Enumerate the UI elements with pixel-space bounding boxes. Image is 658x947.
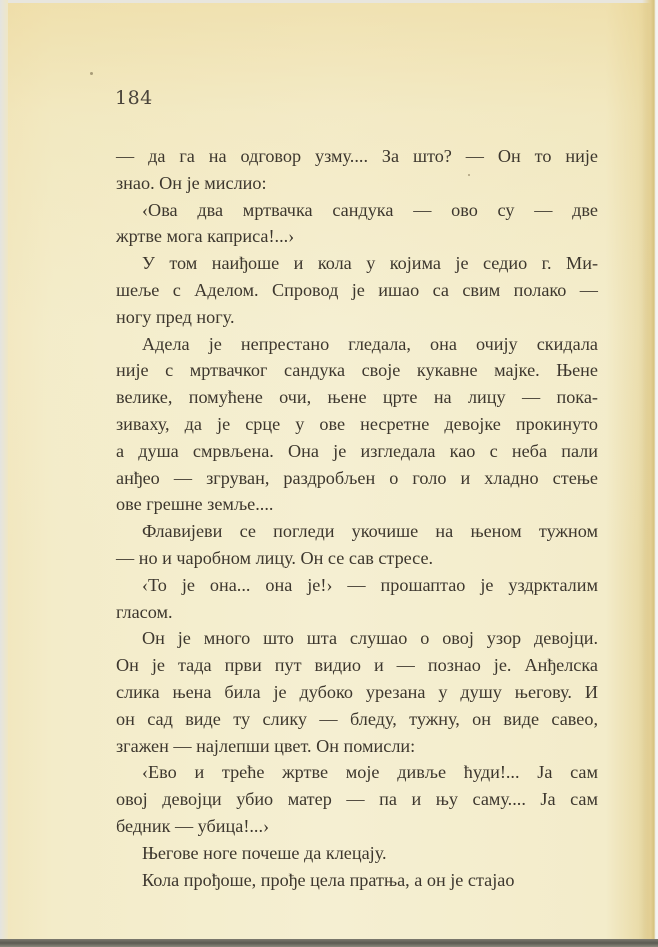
paragraph: Он је много што шта слушао о овој узор д… [116, 625, 598, 759]
text-line: зиваху, да је срце у ове несретне девојк… [116, 411, 598, 438]
text-line: жртве мога каприса!...› [116, 223, 598, 250]
scan-left-edge [0, 0, 8, 939]
text-line: велике, помућене очи, њене црте на лицу … [116, 384, 598, 411]
page-number: 184 [115, 87, 153, 109]
paragraph: Адела је непрестано гледала, она очију с… [116, 331, 598, 519]
text-line: гласом. [116, 599, 598, 626]
text-line: анђео — згруван, раздробљен о голо и хла… [116, 465, 598, 492]
paragraph: ‹Ова два мртвачка сандука — ово су — две… [116, 197, 598, 251]
text-line: — да га на одговор узму.... За што? — Он… [116, 143, 598, 170]
text-line: није с мртвачког сандука своје кукавне м… [116, 357, 598, 384]
paragraph: Кола прођоше, прође цела пратња, а он је… [116, 867, 598, 894]
text-line: Његове ноге почеше да клецају. [116, 840, 598, 867]
text-line: Флавијеви се погледи укочише на њеном ту… [116, 518, 598, 545]
text-line: ‹Ево и треће жртве моје дивље ћуди!... Ј… [116, 759, 598, 786]
text-line: — но и чаробном лицу. Он се сав стресе. [116, 545, 598, 572]
text-line: слика њена била је дубоко урезана у душу… [116, 679, 598, 706]
text-line: У том наиђоше и кола у којима је седио г… [116, 250, 598, 277]
text-line: овој девојци убио матер — па и њу саму..… [116, 786, 598, 813]
text-line: Он је тада први пут видио и — познао је.… [116, 652, 598, 679]
book-page: 184 — да га на одговор узму.... За што? … [0, 0, 658, 947]
text-line: он сад виде ту слику — бледу, тужну, он … [116, 706, 598, 733]
text-line: шеље с Аделом. Спровод је ишао са свим п… [116, 277, 598, 304]
paragraph: ‹То је она... она је!› — прошаптао је уз… [116, 572, 598, 626]
text-line: бедник — убица!...› [116, 813, 598, 840]
text-line: ‹Ова два мртвачка сандука — ово су — две [116, 197, 598, 224]
scan-top-edge [0, 0, 658, 3]
paragraph: Флавијеви се погледи укочише на њеном ту… [116, 518, 598, 572]
page-right-edge [642, 0, 658, 939]
text-line: а душа смрвљена. Она је изгледала као с … [116, 438, 598, 465]
paper-speck [90, 72, 93, 75]
text-line: знао. Он је мислио: [116, 170, 598, 197]
text-line: ногу пред ногу. [116, 304, 598, 331]
paragraph: Његове ноге почеше да клецају. [116, 840, 598, 867]
body-text: — да га на одговор узму.... За што? — Он… [116, 143, 598, 893]
paragraph: — да га на одговор узму.... За што? — Он… [116, 143, 598, 197]
text-line: згажен — најлепши цвет. Он помисли: [116, 733, 598, 760]
paragraph: У том наиђоше и кола у којима је седио г… [116, 250, 598, 330]
text-line: Он је много што шта слушао о овој узор д… [116, 625, 598, 652]
scan-bottom-edge [0, 939, 658, 947]
text-line: Кола прођоше, прође цела пратња, а он је… [116, 867, 598, 894]
text-line: Адела је непрестано гледала, она очију с… [116, 331, 598, 358]
text-line: ‹То је она... она је!› — прошаптао је уз… [116, 572, 598, 599]
paragraph: ‹Ево и треће жртве моје дивље ћуди!... Ј… [116, 759, 598, 839]
text-line: ове грешне земље.... [116, 491, 598, 518]
